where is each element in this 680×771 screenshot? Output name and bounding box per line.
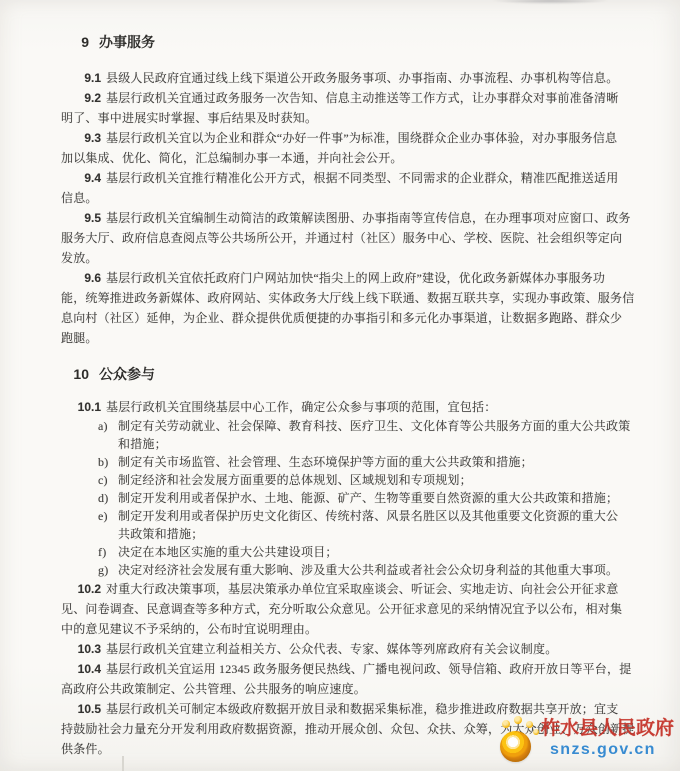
seal-dot: [514, 716, 522, 724]
clause-text: 对重大行政决策事项，基层决策承办单位宜采取座谈会、听证会、实地走访、向社会公开征…: [106, 582, 618, 596]
clause-text: 基层行政机关宜运用 12345 政务服务便民热线、广播电视问政、领导信箱、政府开…: [106, 662, 631, 676]
list-item: c)制定经济和社会发展方面重要的总体规划、区域规划和专项规划；: [98, 471, 621, 489]
clause-9-6: 9.6基层行政机关宜依托政府门户网站加快“指尖上的网上政府”建设，优化政务新媒体…: [61, 268, 621, 348]
clause-text: 基层行政机关宜编制生动简洁的政策解读图册、办事指南等宣传信息，在办理事项对应窗口…: [106, 211, 631, 225]
clause-line: 10.1基层行政机关宜围绕基层中心工作，确定公众参与事项的范围，宜包括：: [61, 397, 621, 417]
clause-number: 9.2: [61, 88, 101, 108]
watermark: 柞水县人民政府 snzs.gov.cn: [497, 714, 680, 768]
gov-seal-icon: [497, 714, 539, 766]
document-content: 9办事服务 9.1县级人民政府宜通过线上线下渠道公开政务服务事项、办事指南、办事…: [61, 32, 621, 759]
clause-list: a)制定有关劳动就业、社会保障、教育科技、医疗卫生、文化体育等公共服务方面的重大…: [98, 417, 621, 579]
clause-line: 10.2对重大行政决策事项，基层决策承办单位宜采取座谈会、听证会、实地走访、向社…: [61, 579, 621, 599]
list-item-text: 决定对经济社会发展有重大影响、涉及重大公共利益或者社会公众切身利益的其他重大事项…: [118, 563, 618, 577]
list-item: e)制定开发利用或者保护历史文化街区、传统村落、风景名胜区以及其他重要文化资源的…: [98, 507, 621, 525]
clause-10-1: 10.1基层行政机关宜围绕基层中心工作，确定公众参与事项的范围，宜包括： a)制…: [61, 397, 621, 579]
clause-number: 9.6: [61, 268, 101, 288]
seal-dot: [526, 721, 533, 728]
list-item: a)制定有关劳动就业、社会保障、教育科技、医疗卫生、文化体育等公共服务方面的重大…: [98, 417, 621, 435]
clause-line: 10.3基层行政机关宜建立利益相关方、公众代表、专家、媒体等列席政府有关会议制度…: [61, 639, 621, 659]
clause-number: 10.2: [61, 579, 101, 599]
section-number: 9: [61, 32, 89, 52]
list-item-marker: g): [98, 561, 118, 579]
clause-9-4: 9.4基层行政机关宜推行精准化公开方式，根据不同类型、不同需求的企业群众，精准匹…: [61, 168, 621, 208]
clause-line: 服务大厅、政府信息查阅点等公共场所公开，并通过村（社区）服务中心、学校、医院、社…: [61, 228, 621, 248]
clause-line: 9.6基层行政机关宜依托政府门户网站加快“指尖上的网上政府”建设，优化政务新媒体…: [61, 268, 621, 288]
section-title: 办事服务: [99, 34, 155, 50]
clause-10-3: 10.3基层行政机关宜建立利益相关方、公众代表、专家、媒体等列席政府有关会议制度…: [61, 639, 621, 659]
list-item: b)制定有关市场监管、社会管理、生态环境保护等方面的重大公共政策和措施；: [98, 453, 621, 471]
clause-9-1: 9.1县级人民政府宜通过线上线下渠道公开政务服务事项、办事指南、办事流程、办事机…: [61, 68, 621, 88]
clause-line: 9.3基层行政机关宜以为企业和群众“办好一件事”为标准，围绕群众企业办事体验，对…: [61, 128, 621, 148]
list-item-line: 共政策和措施；: [98, 525, 621, 543]
list-item: d)制定开发利用或者保护水、土地、能源、矿产、生物等重要自然资源的重大公共政策和…: [98, 489, 621, 507]
section-heading-10: 10公众参与: [61, 364, 621, 384]
clause-number: 9.5: [61, 208, 101, 228]
list-item-marker: b): [98, 453, 118, 471]
clause-text: 基层行政机关宜围绕基层中心工作，确定公众参与事项的范围，宜包括：: [106, 400, 496, 414]
section-title: 公众参与: [99, 366, 155, 382]
list-item-marker: d): [98, 489, 118, 507]
list-item-text: 制定有关劳动就业、社会保障、教育科技、医疗卫生、文化体育等公共服务方面的重大公共…: [118, 419, 630, 433]
seal-dot: [502, 720, 510, 728]
list-item-text: 制定开发利用或者保护历史文化街区、传统村落、风景名胜区以及其他重要文化资源的重大…: [118, 509, 618, 523]
clause-line: 9.5基层行政机关宜编制生动简洁的政策解读图册、办事指南等宣传信息，在办理事项对…: [61, 208, 621, 228]
list-item: g)决定对经济社会发展有重大影响、涉及重大公共利益或者社会公众切身利益的其他重大…: [98, 561, 621, 579]
list-item-marker: f): [98, 543, 118, 561]
clause-number: 9.3: [61, 128, 101, 148]
list-item-marker: e): [98, 507, 118, 525]
section-heading-9: 9办事服务: [61, 32, 621, 52]
clause-line: 见、问卷调查、民意调查等多种方式，充分听取公众意见。公开征求意见的采纳情况宜予以…: [61, 599, 621, 619]
clause-9-3: 9.3基层行政机关宜以为企业和群众“办好一件事”为标准，围绕群众企业办事体验，对…: [61, 128, 621, 168]
list-item-marker: a): [98, 417, 118, 435]
clause-line: 10.4基层行政机关宜运用 12345 政务服务便民热线、广播电视问政、领导信箱…: [61, 659, 621, 679]
clause-line: 息向村（社区）延伸，为企业、群众提供优质便捷的办事指引和多元化办事渠道，让数据多…: [61, 308, 621, 328]
list-item-text: 制定经济和社会发展方面重要的总体规划、区域规划和专项规划；: [118, 473, 472, 487]
watermark-org-name: 柞水县人民政府: [541, 717, 674, 740]
scan-smudge: [468, 0, 633, 6]
list-item-text: 制定有关市场监管、社会管理、生态环境保护等方面的重大公共政策和措施；: [118, 455, 533, 469]
clause-number: 10.5: [61, 699, 101, 719]
clause-line: 发放。: [61, 248, 621, 268]
list-item-marker: c): [98, 471, 118, 489]
clause-line: 信息。: [61, 188, 621, 208]
clause-line: 跑腿。: [61, 328, 621, 348]
clause-text: 基层行政机关宜以为企业和群众“办好一件事”为标准，围绕群众企业办事体验，对办事服…: [106, 131, 617, 145]
clause-number: 10.3: [61, 639, 101, 659]
clause-line: 9.1县级人民政府宜通过线上线下渠道公开政务服务事项、办事指南、办事流程、办事机…: [61, 68, 621, 88]
scanned-document-page: 9办事服务 9.1县级人民政府宜通过线上线下渠道公开政务服务事项、办事指南、办事…: [0, 0, 680, 771]
clause-number: 9.1: [61, 68, 101, 88]
clause-text: 基层行政机关宜推行精准化公开方式，根据不同类型、不同需求的企业群众，精准匹配推送…: [106, 171, 618, 185]
clause-9-5: 9.5基层行政机关宜编制生动简洁的政策解读图册、办事指南等宣传信息，在办理事项对…: [61, 208, 621, 268]
clause-10-2: 10.2对重大行政决策事项，基层决策承办单位宜采取座谈会、听证会、实地走访、向社…: [61, 579, 621, 639]
clause-line: 能，统筹推进政务新媒体、政府网站、实体政务大厅线上线下联通、数据互联共享，实现办…: [61, 288, 621, 308]
clause-line: 高政府公共政策制定、公共管理、公共服务的响应速度。: [61, 679, 621, 699]
clause-text: 基层行政机关宜通过政务服务一次告知、信息主动推送等工作方式，让办事群众对事前准备…: [106, 91, 618, 105]
list-item-text: 决定在本地区实施的重大公共建设项目；: [118, 545, 338, 559]
list-item: f)决定在本地区实施的重大公共建设项目；: [98, 543, 621, 561]
section-number: 10: [61, 364, 89, 384]
watermark-text: 柞水县人民政府 snzs.gov.cn: [541, 717, 674, 760]
clause-10-4: 10.4基层行政机关宜运用 12345 政务服务便民热线、广播电视问政、领导信箱…: [61, 659, 621, 699]
clause-line: 加以集成、优化、简化，汇总编制办事一本通，并向社会公开。: [61, 148, 621, 168]
seal-dot: [533, 729, 539, 735]
clause-text: 基层行政机关宜建立利益相关方、公众代表、专家、媒体等列席政府有关会议制度。: [106, 642, 557, 656]
clause-text: 县级人民政府宜通过线上线下渠道公开政务服务事项、办事指南、办事流程、办事机构等信…: [106, 71, 618, 85]
clause-line: 9.4基层行政机关宜推行精准化公开方式，根据不同类型、不同需求的企业群众，精准匹…: [61, 168, 621, 188]
clause-number: 10.1: [61, 397, 101, 417]
watermark-site-url: snzs.gov.cn: [550, 740, 674, 760]
scan-artifact-line: [122, 756, 124, 771]
seal-ring: [500, 731, 531, 762]
clause-line: 明了、事中进展实时掌握、事后结果及时获知。: [61, 108, 621, 128]
clause-9-2: 9.2基层行政机关宜通过政务服务一次告知、信息主动推送等工作方式，让办事群众对事…: [61, 88, 621, 128]
clause-text: 基层行政机关宜依托政府门户网站加快“指尖上的网上政府”建设，优化政务新媒体办事服…: [106, 271, 605, 285]
clause-line: 9.2基层行政机关宜通过政务服务一次告知、信息主动推送等工作方式，让办事群众对事…: [61, 88, 621, 108]
clause-line: 中的意见建议不予采纳的，公布时宜说明理由。: [61, 619, 621, 639]
list-item-text: 制定开发利用或者保护水、土地、能源、矿产、生物等重要自然资源的重大公共政策和措施…: [118, 491, 618, 505]
clause-number: 10.4: [61, 659, 101, 679]
clause-number: 9.4: [61, 168, 101, 188]
list-item-line: 和措施；: [98, 435, 621, 453]
